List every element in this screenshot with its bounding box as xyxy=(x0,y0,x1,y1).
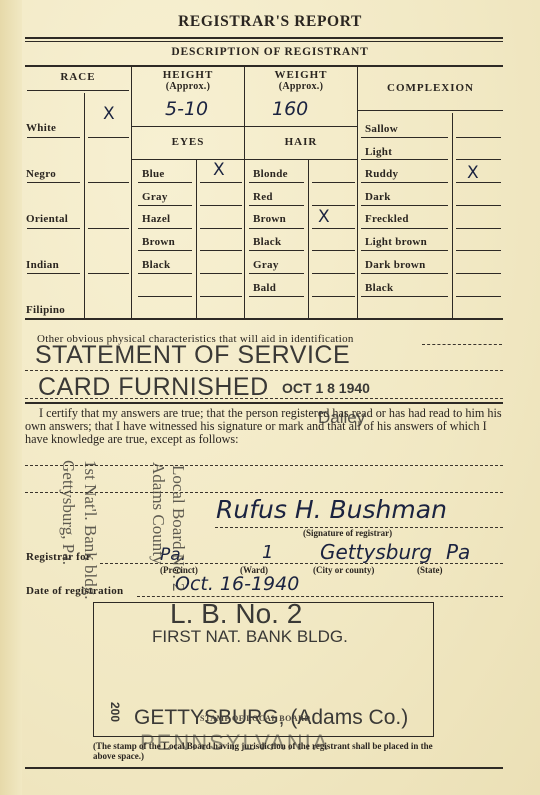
eyes-rule xyxy=(138,182,192,183)
complexion-option-light: Light xyxy=(365,146,392,158)
complexion-mark-rule xyxy=(456,137,501,138)
statement-stamp-date: OCT 1 8 1940 xyxy=(282,380,370,396)
grid-divider-eyes-mark xyxy=(196,160,197,319)
eyes-hair-header-rule xyxy=(132,159,357,160)
complexion-rule xyxy=(361,182,448,183)
complexion-ruddy-mark: X xyxy=(467,163,479,183)
hair-rule xyxy=(249,273,304,274)
race-mark-rule xyxy=(88,137,129,138)
section-rule xyxy=(25,402,503,404)
weight-header-sub: (Approx.) xyxy=(245,81,357,92)
hair-rule xyxy=(249,228,304,229)
eyes-mark-rule xyxy=(200,205,242,206)
complexion-option-ruddy: Ruddy xyxy=(365,168,398,180)
complexion-rule xyxy=(361,159,448,160)
complexion-rule xyxy=(361,273,448,274)
complexion-option-dark: Dark xyxy=(365,191,391,203)
eyes-mark-rule xyxy=(200,228,242,229)
city-label: (City or county) xyxy=(313,565,374,575)
race-option-negro: Negro xyxy=(26,168,56,180)
race-mark-rule xyxy=(88,228,129,229)
section-subtitle: DESCRIPTION OF REGISTRANT xyxy=(0,46,540,58)
hair-mark-rule xyxy=(312,273,355,274)
race-rule xyxy=(27,228,80,229)
race-header: RACE xyxy=(25,72,131,83)
date-of-registration-label: Date of registration xyxy=(26,585,123,597)
eyes-option-brown: Brown xyxy=(142,236,175,248)
grid-divider-race xyxy=(131,67,132,319)
hair-mark-rule xyxy=(312,182,355,183)
race-mark-rule xyxy=(88,273,129,274)
certification-text: I certify that my answers are true; that… xyxy=(25,407,510,446)
hair-mark-rule xyxy=(312,296,355,297)
complexion-mark-rule xyxy=(456,250,501,251)
eyes-rule xyxy=(138,273,192,274)
eyes-rule xyxy=(138,205,192,206)
complexion-option-freckled: Freckled xyxy=(365,213,409,225)
race-white-mark: X xyxy=(103,104,115,124)
complexion-mark-rule xyxy=(456,159,501,160)
document-title: REGISTRAR'S REPORT xyxy=(0,13,540,31)
certification-body: I certify that my answers are true; that… xyxy=(25,406,502,446)
complexion-mark-rule xyxy=(456,296,501,297)
race-option-oriental: Oriental xyxy=(26,213,68,225)
stamp-address: FIRST NAT. BANK BLDG. xyxy=(152,627,348,647)
hair-rule xyxy=(249,296,304,297)
eyes-header: EYES xyxy=(132,137,244,148)
hair-option-brown: Brown xyxy=(253,213,286,225)
race-option-filipino: Filipino xyxy=(26,304,65,316)
hair-option-red: Red xyxy=(253,191,273,203)
stamp-caption: (The stamp of the Local Board having jur… xyxy=(93,741,443,761)
registrar-signature: Rufus H. Bushman xyxy=(216,495,447,524)
title-rule-bottom xyxy=(25,41,503,42)
complexion-header-rule xyxy=(358,110,503,111)
characteristics-line xyxy=(25,370,503,371)
height-value: 5-10 xyxy=(165,98,208,120)
grid-divider-hair-mark xyxy=(308,160,309,319)
hair-header: HAIR xyxy=(245,137,357,148)
stamp-box-label: STAMP OF LOCAL BOARD xyxy=(200,714,311,723)
paper-edge xyxy=(0,0,22,795)
stamp-side-number: 200 xyxy=(108,702,122,722)
hair-mark-rule xyxy=(312,205,355,206)
ward-value: 1 xyxy=(262,542,273,563)
grid-divider-weight xyxy=(357,67,358,319)
eyes-rule xyxy=(138,250,192,251)
grid-divider-race-mark xyxy=(84,93,85,319)
height-value-rule xyxy=(132,126,244,127)
vertical-stamp-bank: 1st Nat'l. Bank bldg. xyxy=(80,460,100,600)
eyes-blue-mark: X xyxy=(213,160,225,180)
eyes-option-hazel: Hazel xyxy=(142,213,170,225)
weight-value-rule xyxy=(245,126,357,127)
eyes-mark-rule xyxy=(200,296,242,297)
date-of-registration-value: Oct. 16-1940 xyxy=(175,573,299,595)
hair-brown-mark: X xyxy=(318,207,330,227)
subtitle-rule xyxy=(25,65,503,67)
complexion-rule xyxy=(361,137,448,138)
eyes-rule xyxy=(138,296,192,297)
hair-option-blonde: Blonde xyxy=(253,168,288,180)
title-rule-top xyxy=(25,37,503,39)
hair-mark-rule xyxy=(312,228,355,229)
vertical-stamp-gettysburg: Gettysburg, Pa. xyxy=(58,460,78,565)
weight-header: WEIGHT (Approx.) xyxy=(245,70,357,92)
race-option-indian: Indian xyxy=(26,259,59,271)
overstamp-text: Dailey xyxy=(318,408,365,428)
eyes-mark-rule xyxy=(200,273,242,274)
eyes-mark-rule xyxy=(200,250,242,251)
state-value: Pa xyxy=(446,540,470,564)
signature-label: (Signature of registrar) xyxy=(303,528,392,538)
height-header: HEIGHT (Approx.) xyxy=(132,70,244,92)
grid-divider-complexion-mark xyxy=(452,113,453,319)
race-option-white: White xyxy=(26,122,56,134)
race-rule xyxy=(27,137,80,138)
grid-divider-height xyxy=(244,67,245,319)
height-header-label: HEIGHT xyxy=(163,69,214,81)
weight-header-label: WEIGHT xyxy=(274,69,327,81)
race-rule xyxy=(27,182,80,183)
complexion-mark-rule xyxy=(456,273,501,274)
complexion-mark-rule xyxy=(456,182,501,183)
hair-rule xyxy=(249,205,304,206)
eyes-mark-rule xyxy=(200,182,242,183)
complexion-mark-rule xyxy=(456,228,501,229)
date-line xyxy=(137,596,503,597)
race-header-rule xyxy=(27,90,129,91)
hair-rule xyxy=(249,250,304,251)
weight-value: 160 xyxy=(272,98,308,120)
complexion-rule xyxy=(361,250,448,251)
eyes-option-gray: Gray xyxy=(142,191,168,203)
statement-stamp-line1: STATEMENT OF SERVICE xyxy=(35,341,350,370)
hair-mark-rule xyxy=(312,250,355,251)
complexion-option-black: Black xyxy=(365,282,393,294)
table-bottom-rule xyxy=(25,318,503,320)
race-rule xyxy=(27,273,80,274)
height-header-sub: (Approx.) xyxy=(132,81,244,92)
eyes-option-black: Black xyxy=(142,259,170,271)
vertical-stamp-local-board: Local Board No. 2 xyxy=(168,465,188,592)
complexion-option-dark-brown: Dark brown xyxy=(365,259,426,271)
complexion-option-sallow: Sallow xyxy=(365,123,398,135)
hair-option-gray: Gray xyxy=(253,259,279,271)
complexion-header: COMPLEXION xyxy=(358,83,503,94)
city-value: Gettysburg xyxy=(320,540,432,564)
complexion-rule xyxy=(361,296,448,297)
characteristics-line xyxy=(25,398,503,399)
hair-rule xyxy=(249,182,304,183)
complexion-rule xyxy=(361,228,448,229)
complexion-rule xyxy=(361,205,448,206)
eyes-option-blue: Blue xyxy=(142,168,165,180)
hair-option-black: Black xyxy=(253,236,281,248)
complexion-option-light-brown: Light brown xyxy=(365,236,427,248)
state-label: (State) xyxy=(417,565,443,575)
characteristics-line xyxy=(422,344,502,345)
stamp-board-number: L. B. No. 2 xyxy=(170,598,302,630)
race-mark-rule xyxy=(88,182,129,183)
complexion-mark-rule xyxy=(456,205,501,206)
vertical-stamp-county: Adams County xyxy=(148,462,168,564)
document-bottom-rule xyxy=(25,767,503,769)
hair-option-bald: Bald xyxy=(253,282,276,294)
eyes-rule xyxy=(138,228,192,229)
